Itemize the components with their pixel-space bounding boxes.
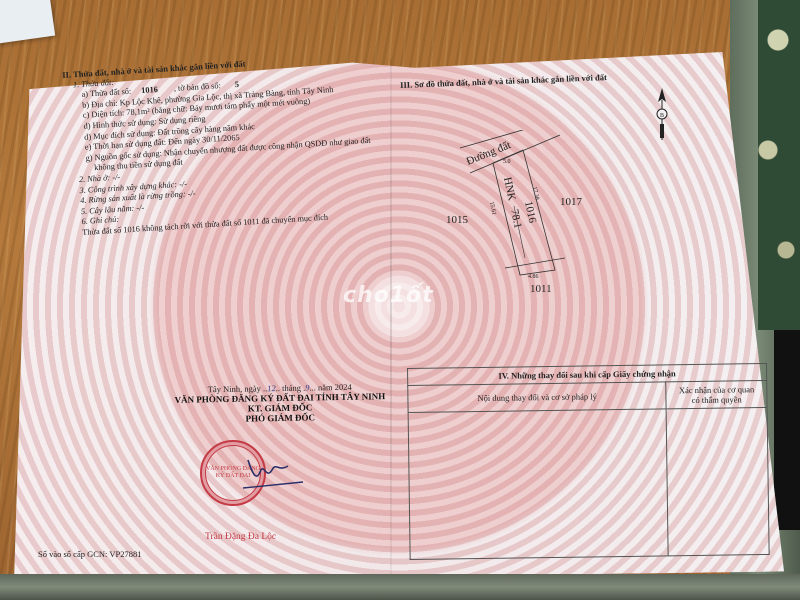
changes-cell	[408, 409, 668, 560]
svg-text:15.61: 15.61	[488, 201, 497, 215]
section-ii: II. Thửa đất, nhà ở và tài sản khác gắn …	[62, 51, 376, 239]
changes-table: IV. Những thay đổi sau khi cấp Giấy chứn…	[407, 363, 770, 560]
svg-text:HNK: HNK	[501, 176, 518, 202]
bottom-frame	[0, 574, 800, 600]
background-fabric	[758, 0, 800, 330]
north-arrow-icon: B	[655, 86, 669, 146]
svg-text:1015: 1015	[446, 214, 469, 226]
year: năm 2024	[318, 382, 352, 393]
svg-text:4.86: 4.86	[528, 274, 539, 280]
confirmation-cell	[667, 407, 770, 555]
center-fold	[390, 58, 392, 578]
svg-text:17.38: 17.38	[531, 186, 540, 200]
signature-block: Tây Ninh, ngày ..12.. tháng .9... năm 20…	[150, 381, 411, 426]
col2-line2: có thẩm quyền	[671, 394, 763, 405]
north-label: B	[660, 113, 664, 119]
month-label: tháng	[282, 383, 301, 393]
svg-text:1011: 1011	[530, 283, 552, 295]
svg-text:78.1: 78.1	[508, 208, 524, 229]
parcel-sketch: Đường đất 5.0 15.61 17.38 4.86 HNK 78.1 …	[410, 130, 630, 300]
signer-name: Trần Đặng Đa Lộc	[205, 532, 276, 542]
parcel-no: 1016	[141, 85, 158, 95]
map-sheet: 5	[235, 80, 240, 89]
col-confirmation-header: Xác nhận của cơ quan có thẩm quyền	[666, 380, 767, 408]
map-sheet-label: , tờ bản đồ số:	[174, 81, 222, 93]
month: 9	[305, 382, 309, 392]
col2-line1: Xác nhận của cơ quan	[671, 384, 763, 395]
paper-scrap	[0, 0, 55, 44]
svg-text:1017: 1017	[560, 196, 583, 208]
background-dark	[774, 330, 800, 530]
day: 12	[267, 383, 276, 393]
watermark: cho1ốt	[343, 283, 434, 308]
gcn-register-number: Số vào sổ cấp GCN: VP27881	[38, 549, 142, 559]
col-changes-header: Nội dung thay đổi và cơ sở pháp lý	[408, 382, 667, 413]
svg-text:1016: 1016	[522, 200, 538, 225]
signature-icon	[238, 452, 308, 497]
svg-text:5.0: 5.0	[503, 159, 511, 165]
